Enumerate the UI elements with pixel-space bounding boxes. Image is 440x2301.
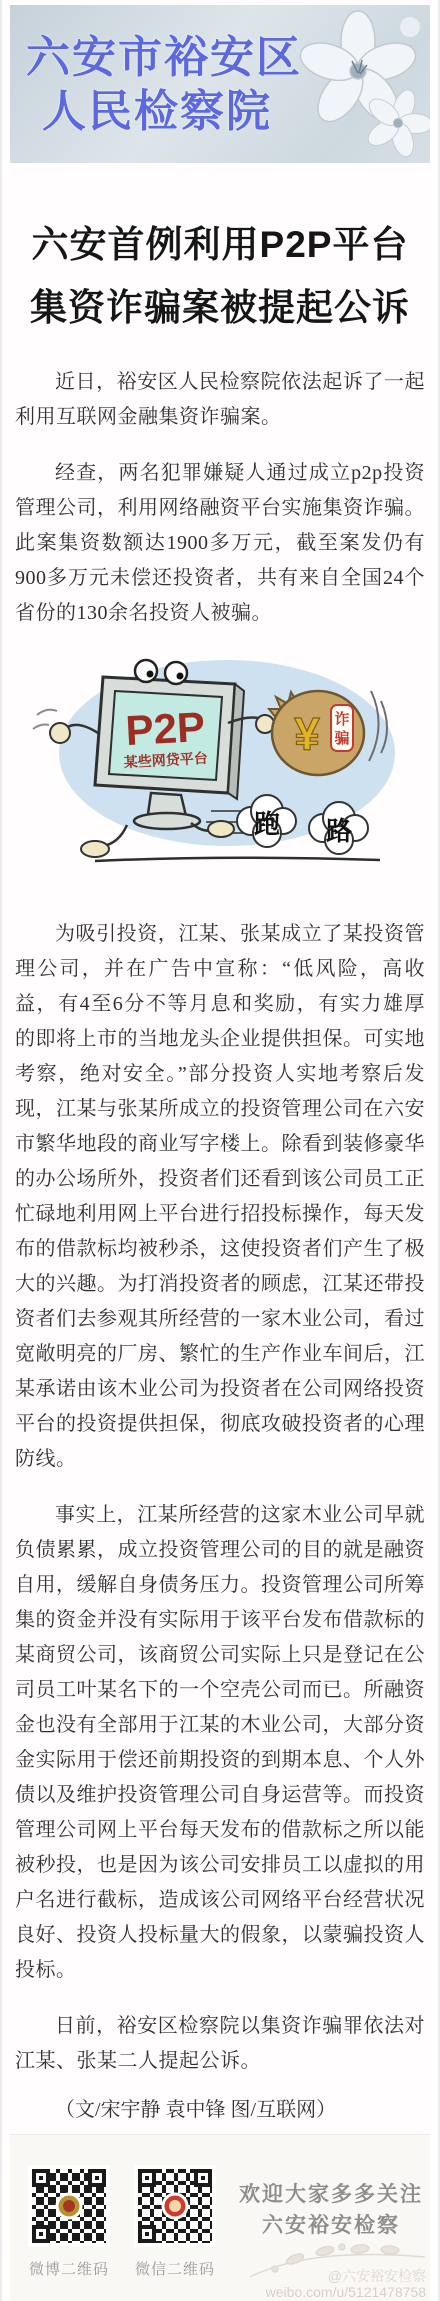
article-title: 六安首例利用P2P平台 集资诈骗案被提起公诉: [2, 213, 438, 339]
article-title-line1: 六安首例利用P2P平台: [2, 213, 438, 276]
paragraph-1: 近日，裕安区人民检察院依法起诉了一起利用互联网金融集资诈骗案。: [15, 365, 425, 435]
wechat-qr-caption: 微信二维码: [134, 2258, 216, 2279]
wechat-qr-block: 微信二维码: [134, 2165, 216, 2279]
org-name-line1: 六安市裕安区: [26, 31, 302, 85]
cartoon-illustration-icon: P2P 某些网贷平台 ¥: [15, 653, 429, 891]
footer-card: 微博二维码: [10, 2134, 430, 2301]
watermark-url: weibo.com/u/5121478758: [266, 2284, 426, 2300]
p2p-fraud-cartoon: P2P 某些网贷平台 ¥: [15, 653, 425, 896]
follow-notice: 欢迎大家多多关注 六安裕安检察: [238, 2179, 424, 2241]
org-name-line2: 人民检察院: [26, 85, 302, 139]
weibo-article-image: 六安市裕安区 人民检察院 六安首例利用P2P平台 集资诈骗案被提起公诉 近日，裕…: [0, 0, 440, 2301]
org-name: 六安市裕安区 人民检察院: [26, 31, 302, 139]
bag-fraud-char2: 骗: [334, 729, 349, 747]
watermark-handle: @六安裕安检察: [266, 2268, 426, 2284]
paragraph-4: 事实上，江某所经营的这家木业公司早就负债累累，成立投资管理公司的目的就是融资自用…: [15, 1498, 425, 1988]
weibo-qr-caption: 微博二维码: [28, 2258, 110, 2279]
paragraph-5: 日前，裕安区检察院以集资诈骗罪依法对江某、张某二人提起公诉。: [15, 2009, 425, 2079]
cloud-run-char: 跑: [254, 809, 280, 839]
paragraph-3: 为吸引投资，江某、张某成立了某投资管理公司，并在广告中宣称：“低风险，高收益，有…: [15, 917, 425, 1477]
weibo-qr-block: 微博二维码: [28, 2165, 110, 2279]
bag-fraud-char1: 诈: [334, 710, 349, 728]
article-title-line2: 集资诈骗案被提起公诉: [2, 276, 438, 339]
paragraph-2: 经查，两名犯罪嫌疑人通过成立p2p投资管理公司，利用网络融资平台实施集资诈骗。此…: [15, 456, 425, 631]
article-body: 近日，裕安区人民检察院依法起诉了一起利用互联网金融集资诈骗案。 经查，两名犯罪嫌…: [2, 365, 438, 2128]
weibo-qr-code: [28, 2165, 110, 2247]
follow-notice-line2: 六安裕安检察: [238, 2210, 424, 2241]
screen-p2p-label: P2P: [124, 703, 206, 754]
header-banner: 六安市裕安区 人民检察院: [10, 5, 430, 163]
wechat-qr-code: [134, 2165, 216, 2247]
follow-notice-line1: 欢迎大家多多关注: [238, 2179, 424, 2210]
bag-yen-symbol: ¥: [294, 708, 320, 760]
cloud-road-char: 路: [326, 816, 352, 846]
byline: （文/宋宇静 袁中锋 图/互联网）: [15, 2093, 425, 2128]
weibo-watermark: @六安裕安检察 weibo.com/u/5121478758: [266, 2268, 426, 2300]
